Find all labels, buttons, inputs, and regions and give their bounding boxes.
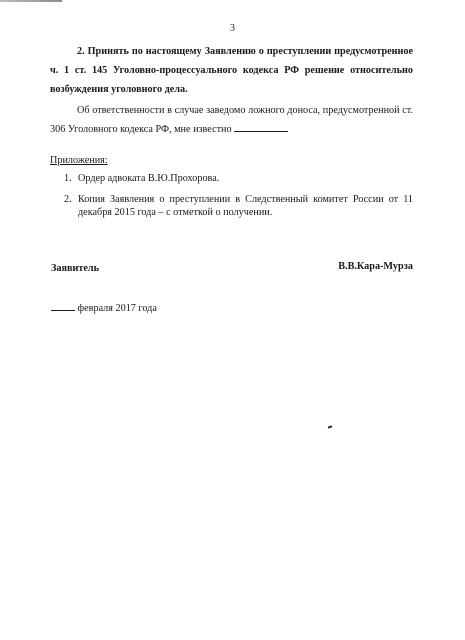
date-text: февраля 2017 года: [78, 303, 157, 314]
page-number: 3: [0, 23, 465, 34]
scan-speck: [328, 425, 332, 428]
responsibility-text: Об ответственности в случае заведомо лож…: [50, 105, 413, 135]
applicant-name: В.В.Кара-Мурза: [338, 261, 413, 272]
attachment-text: Копия Заявления о преступлении в Следств…: [78, 194, 413, 218]
day-blank: [51, 302, 75, 311]
paragraph-responsibility: Об ответственности в случае заведомо лож…: [50, 101, 413, 139]
attachment-number: 2.: [64, 193, 72, 206]
attachment-item: 1.Ордер адвоката В.Ю.Прохорова.: [64, 172, 413, 185]
attachments-heading-colon: :: [105, 155, 108, 166]
signature-blank: [234, 123, 288, 132]
date-line: февраля 2017 года: [51, 302, 157, 314]
paragraph-request: 2. Принять по настоящему Заявлению о пре…: [50, 42, 413, 99]
attachment-text: Ордер адвоката В.Ю.Прохорова.: [78, 173, 219, 184]
scan-edge: [0, 0, 62, 2]
attachments-heading-text: Приложения: [50, 155, 105, 166]
attachment-number: 1.: [64, 172, 72, 185]
attachment-item: 2.Копия Заявления о преступлении в Следс…: [64, 193, 413, 219]
applicant-label: Заявитель: [51, 263, 99, 274]
attachments-list: 1.Ордер адвоката В.Ю.Прохорова. 2.Копия …: [64, 172, 413, 227]
attachments-heading: Приложения:: [50, 155, 108, 166]
